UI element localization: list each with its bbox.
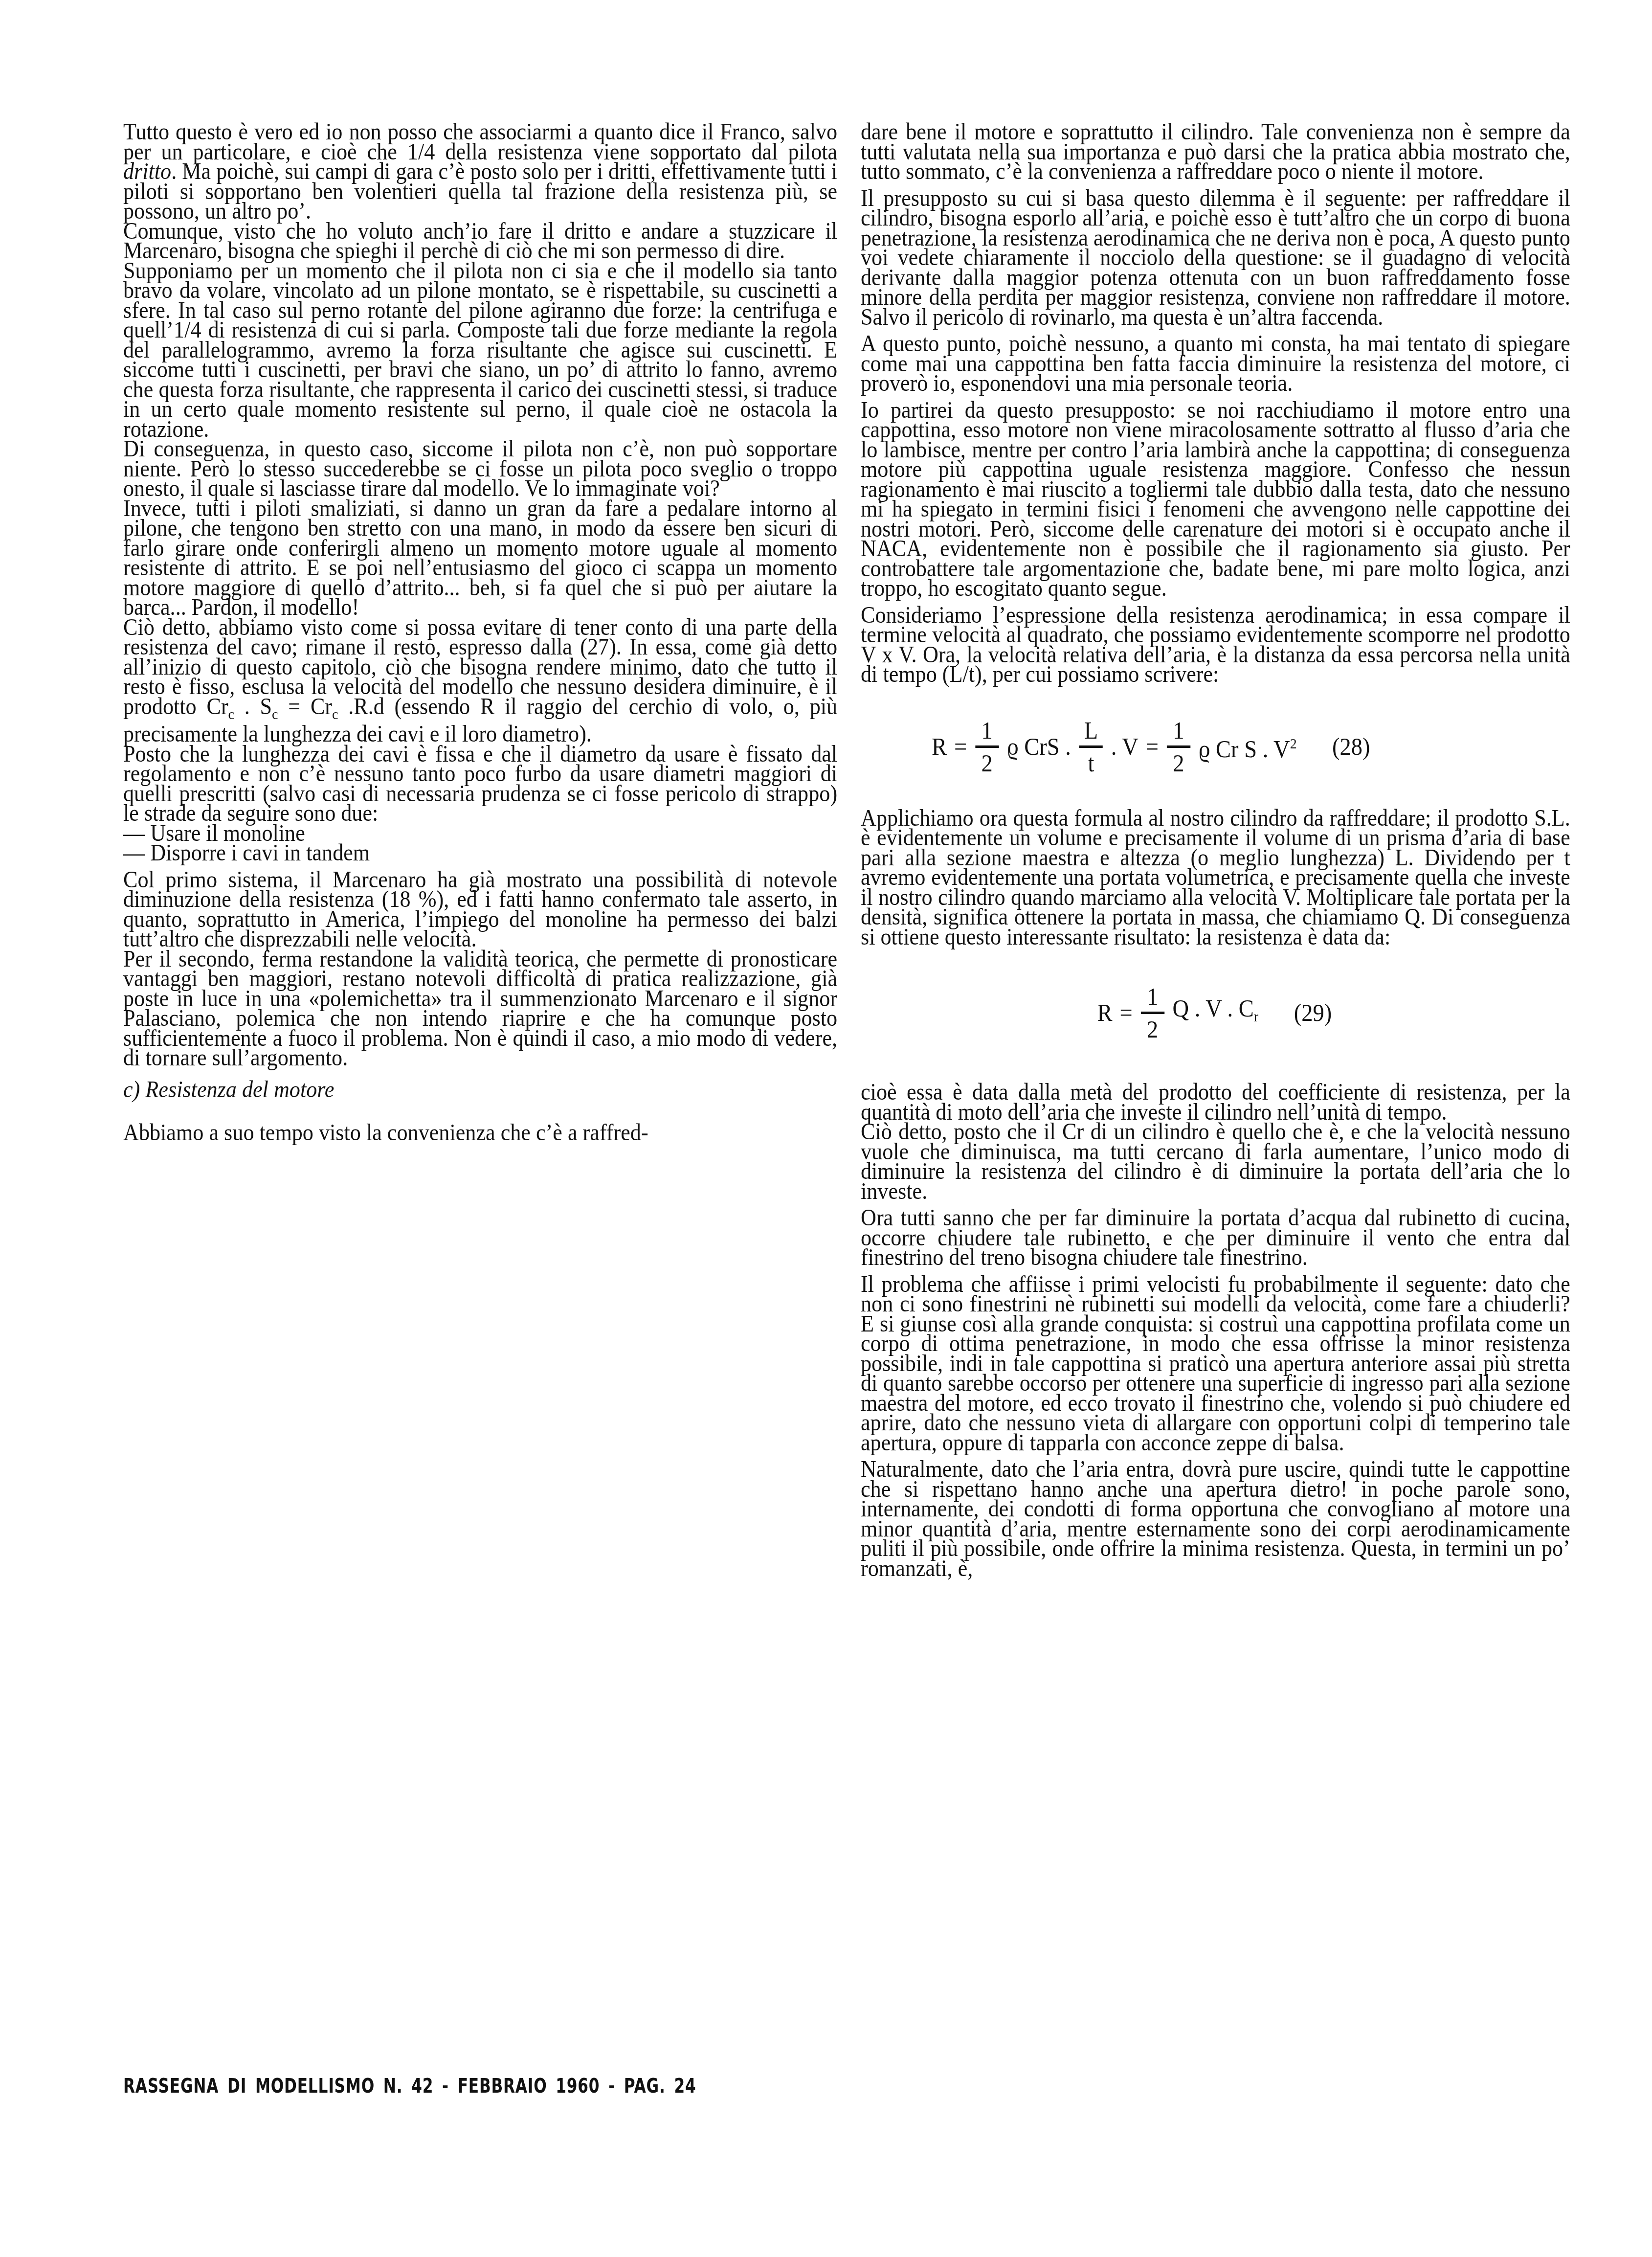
fraction: 1 2 — [975, 715, 999, 778]
list-item: — Disporre i cavi in tandem — [123, 843, 837, 863]
section-title: Resistenza del motore — [145, 1077, 334, 1103]
paragraph: Consideriamo l’espressione della resiste… — [861, 606, 1570, 685]
paragraph: Ora tutti sanno che per far diminuire la… — [861, 1208, 1570, 1268]
paragraph: Posto che la lunghezza dei cavi è fissa … — [123, 745, 837, 824]
section-label: c) — [123, 1077, 140, 1103]
paragraph: Io partirei da questo presupposto: se no… — [861, 401, 1570, 599]
paragraph: Il presupposto su cui si basa questo dil… — [861, 189, 1570, 328]
fraction: 1 2 — [1140, 981, 1164, 1044]
paragraph: Tutto questo è vero ed io non posso che … — [123, 122, 837, 222]
paragraph: dare bene il motore e soprattutto il cil… — [861, 122, 1570, 182]
paragraph: Ciò detto, posto che il Cr di un cilindr… — [861, 1122, 1570, 1201]
paragraph: Invece, tutti i piloti smaliziati, si da… — [123, 499, 837, 618]
page-footer: RASSEGNA DI MODELLISMO N. 42 - FEBBRAIO … — [123, 2075, 696, 2098]
paragraph: Il problema che affiisse i primi velocis… — [861, 1275, 1570, 1453]
paragraph: A questo punto, poichè nessuno, a quanto… — [861, 334, 1570, 394]
fraction: L t — [1079, 715, 1103, 778]
formula-28: R = 1 2 ϱ CrS . L t . V = 1 2 ϱ Cr S . V… — [928, 715, 1570, 778]
equation-number: (28) — [1332, 737, 1370, 757]
paragraph: Naturalmente, dato che l’aria entra, dov… — [861, 1460, 1570, 1579]
paragraph: Per il secondo, ferma restandone la vali… — [123, 949, 837, 1068]
paragraph: Comunque, visto che ho voluto anch’io fa… — [123, 222, 837, 261]
paragraph: Supponiamo per un momento che il pilota … — [123, 261, 837, 440]
formula-29: R = 1 2 Q . V . Cr (29) — [1094, 981, 1570, 1044]
paragraph: Applichiamo ora questa formula al nostro… — [861, 809, 1570, 948]
right-column: dare bene il motore e soprattutto il cil… — [861, 122, 1570, 1579]
paragraph: Di conseguenza, in questo caso, siccome … — [123, 439, 837, 499]
paragraph: Ciò detto, abbiamo visto come si possa e… — [123, 618, 837, 745]
section-heading: c) Resistenza del motore — [123, 1080, 837, 1100]
left-column: Tutto questo è vero ed io non posso che … — [123, 122, 837, 1143]
paragraph: Abbiamo a suo tempo visto la convenienza… — [123, 1123, 837, 1143]
paragraph: cioè essa è data dalla metà del prodotto… — [861, 1083, 1570, 1122]
fraction: 1 2 — [1167, 715, 1190, 778]
paragraph: Col primo sistema, il Marcenaro ha già m… — [123, 870, 837, 949]
equation-number: (29) — [1294, 1003, 1332, 1023]
